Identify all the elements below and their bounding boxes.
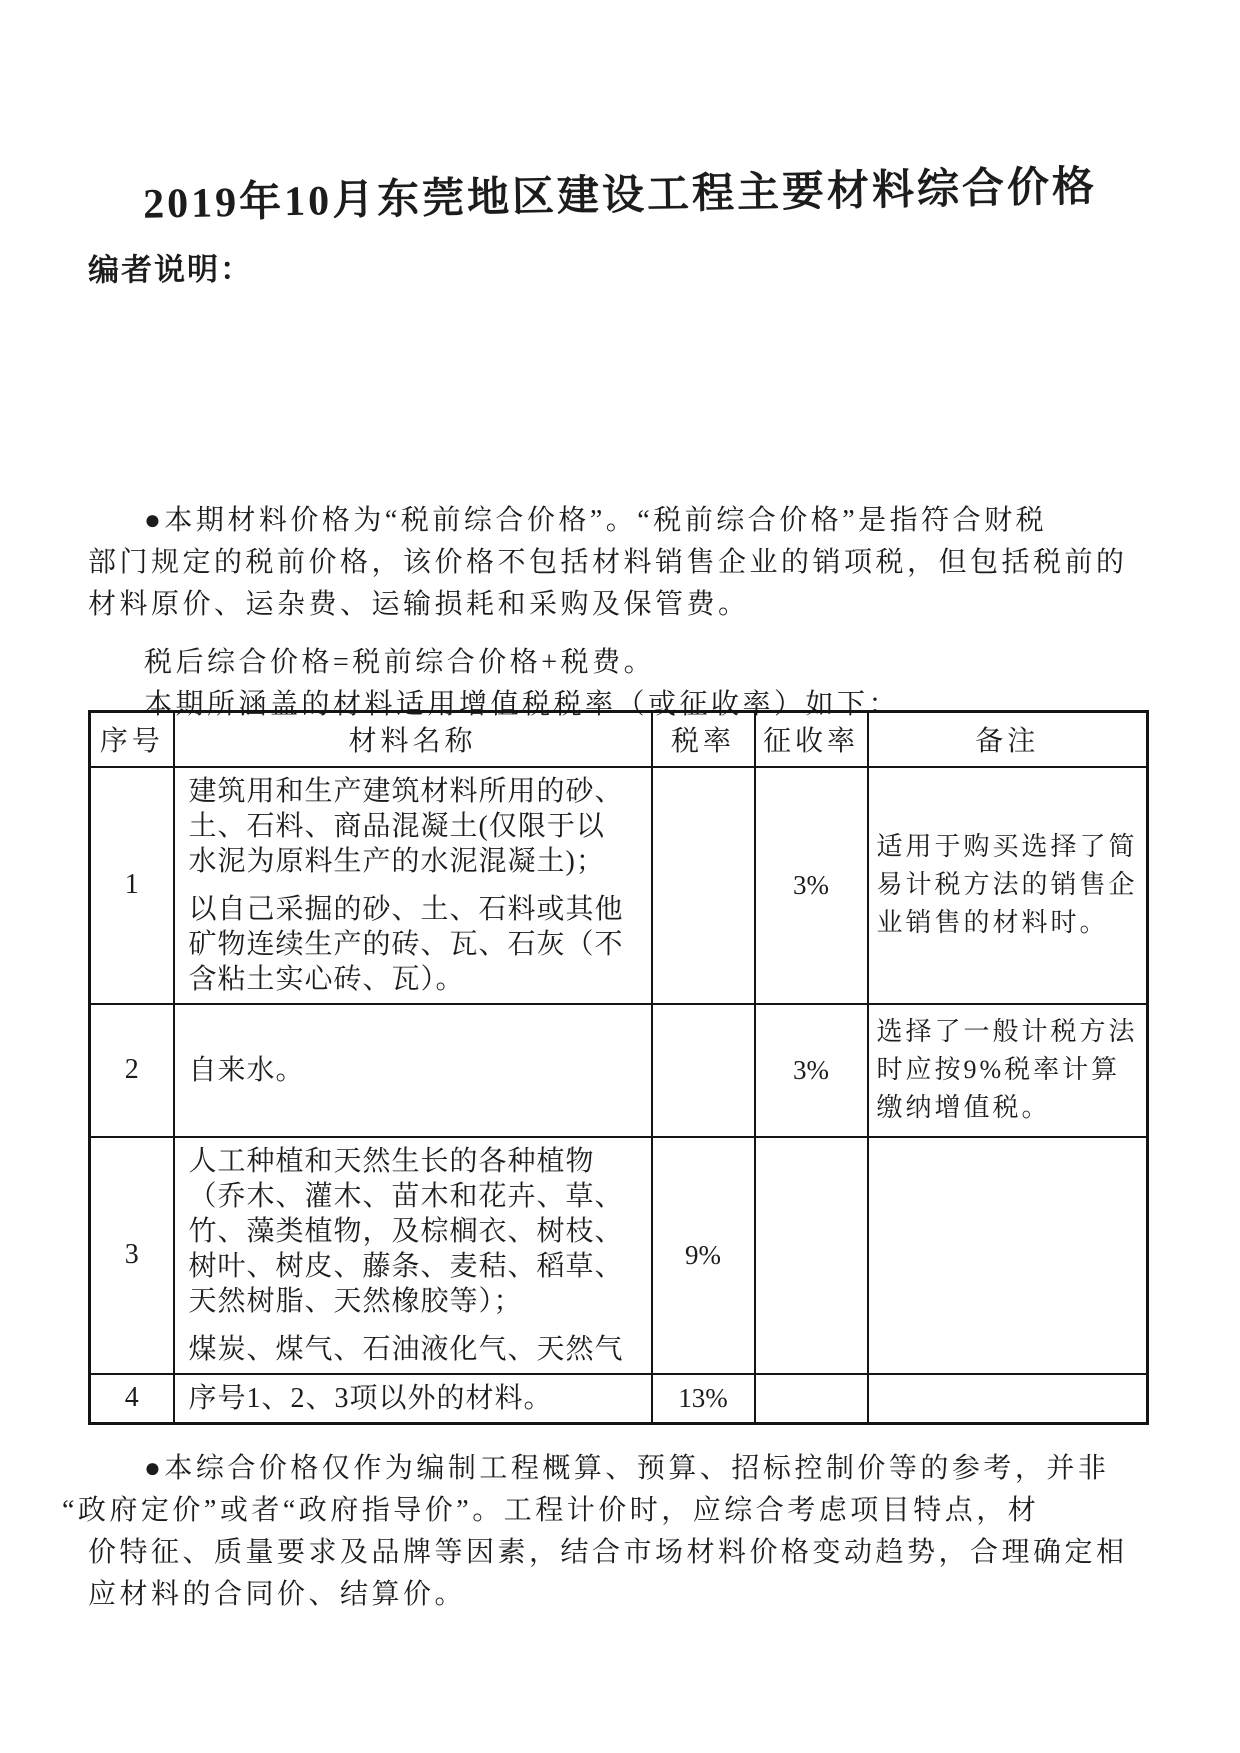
cell-tax-rate	[652, 1004, 755, 1137]
paragraph-line: 材料原价、运杂费、运输损耗和采购及保管费。	[88, 584, 1173, 626]
editor-note-heading: 编者说明：	[88, 243, 253, 289]
material-paragraph: 煤炭、煤气、石油液化气、天然气	[189, 1332, 633, 1367]
table-row: 1 建筑用和生产建筑材料所用的砂、土、石料、商品混凝土(仅限于以水泥为原料生产的…	[90, 767, 1148, 1004]
header-cell-tax-rate: 税率	[652, 712, 755, 767]
material-paragraph: 序号1、2、3项以外的材料。	[189, 1381, 633, 1416]
cell-serial: 2	[90, 1004, 174, 1137]
cell-material: 序号1、2、3项以外的材料。	[174, 1374, 652, 1424]
cell-material: 人工种植和天然生长的各种植物（乔木、灌木、苗木和花卉、草、竹、藻类植物，及棕榈衣…	[174, 1137, 652, 1374]
header-cell-levy-rate: 征收率	[755, 712, 868, 767]
header-cell-remark: 备注	[868, 712, 1148, 767]
cell-remark	[868, 1137, 1148, 1374]
paragraph-line: 价特征、质量要求及品牌等因素，结合市场材料价格变动趋势，合理确定相	[88, 1532, 1173, 1574]
cell-material: 建筑用和生产建筑材料所用的砂、土、石料、商品混凝土(仅限于以水泥为原料生产的水泥…	[174, 767, 652, 1004]
paragraph-line: ●本期材料价格为“税前综合价格”。“税前综合价格”是指符合财税	[88, 500, 1173, 542]
paragraph-line: “政府定价”或者“政府指导价”。工程计价时，应综合考虑项目特点，材	[62, 1490, 1173, 1532]
cell-serial: 4	[90, 1374, 174, 1424]
cell-serial: 1	[90, 767, 174, 1004]
cell-levy-rate	[755, 1374, 868, 1424]
cell-tax-rate	[652, 767, 755, 1004]
cell-tax-rate: 9%	[652, 1137, 755, 1374]
cell-remark: 选择了一般计税方法时应按9%税率计算缴纳增值税。	[868, 1004, 1148, 1137]
material-paragraph: 自来水。	[189, 1053, 633, 1088]
material-paragraph: 人工种植和天然生长的各种植物（乔木、灌木、苗木和花卉、草、竹、藻类植物，及棕榈衣…	[189, 1144, 633, 1319]
document-page: 2019年10月东莞地区建设工程主要材料综合价格 编者说明： ●本期材料价格为“…	[0, 0, 1240, 1753]
cell-remark	[868, 1374, 1148, 1424]
table-row: 4 序号1、2、3项以外的材料。 13%	[90, 1374, 1148, 1424]
paragraph-line: ●本综合价格仅作为编制工程概算、预算、招标控制价等的参考，并非	[88, 1448, 1173, 1490]
table-row: 3 人工种植和天然生长的各种植物（乔木、灌木、苗木和花卉、草、竹、藻类植物，及棕…	[90, 1137, 1148, 1374]
cell-levy-rate: 3%	[755, 767, 868, 1004]
header-cell-material: 材料名称	[174, 712, 652, 767]
disclaimer-paragraph: ●本综合价格仅作为编制工程概算、预算、招标控制价等的参考，并非 “政府定价”或者…	[88, 1448, 1173, 1616]
material-paragraph: 建筑用和生产建筑材料所用的砂、土、石料、商品混凝土(仅限于以水泥为原料生产的水泥…	[189, 774, 633, 879]
cell-levy-rate: 3%	[755, 1004, 868, 1137]
aftertax-formula-line: 税后综合价格=税前综合价格+税费。	[88, 640, 655, 680]
page-title: 2019年10月东莞地区建设工程主要材料综合价格	[0, 151, 1240, 234]
cell-levy-rate	[755, 1137, 868, 1374]
paragraph-line: 部门规定的税前价格，该价格不包括材料销售企业的销项税，但包括税前的	[88, 542, 1173, 584]
cell-remark: 适用于购买选择了简易计税方法的销售企业销售的材料时。	[868, 767, 1148, 1004]
material-paragraph: 以自己采掘的砂、土、石料或其他矿物连续生产的砖、瓦、石灰（不含粘土实心砖、瓦）。	[189, 892, 633, 997]
cell-material: 自来水。	[174, 1004, 652, 1137]
cell-tax-rate: 13%	[652, 1374, 755, 1424]
cell-serial: 3	[90, 1137, 174, 1374]
paragraph-line: 应材料的合同价、结算价。	[88, 1574, 1173, 1616]
pretax-price-paragraph: ●本期材料价格为“税前综合价格”。“税前综合价格”是指符合财税 部门规定的税前价…	[88, 500, 1173, 626]
header-cell-serial: 序号	[90, 712, 174, 767]
table-header-row: 序号 材料名称 税率 征收率 备注	[90, 712, 1148, 767]
vat-rate-table: 序号 材料名称 税率 征收率 备注 1 建筑用和生产建筑材料所用的砂、土、石料、…	[88, 710, 1149, 1425]
table-row: 2 自来水。 3% 选择了一般计税方法时应按9%税率计算缴纳增值税。	[90, 1004, 1148, 1137]
